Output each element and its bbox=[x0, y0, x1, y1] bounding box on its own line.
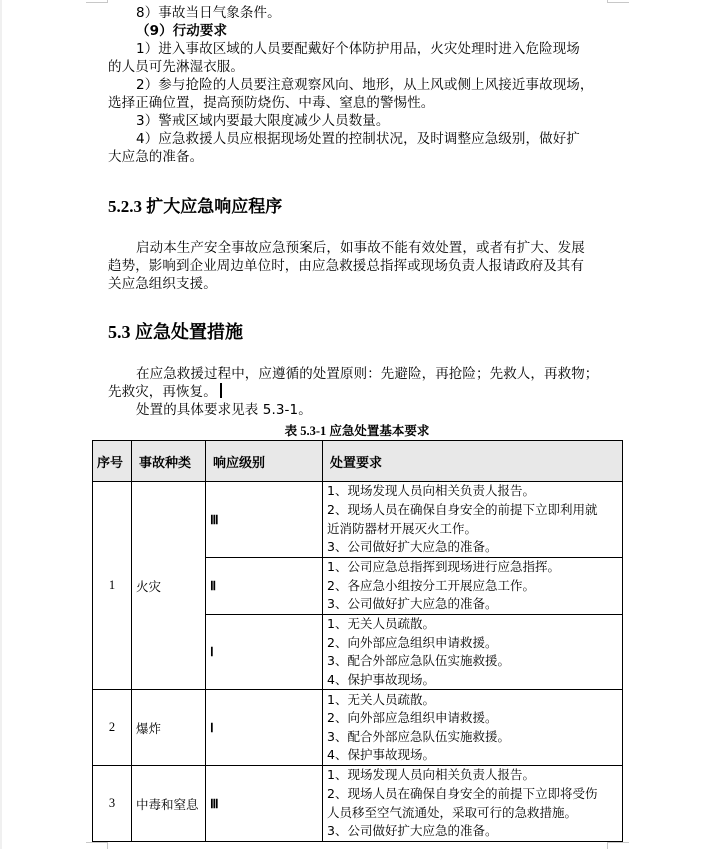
cell-requirements: 1、无关人员疏散。2、向外部应急组织申请救援。3、配合外部应急队伍实施救援。4、… bbox=[323, 690, 623, 766]
requirement-item: 1、现场发现人员向相关负责人报告。 bbox=[327, 766, 618, 785]
para-line: 处置的具体要求见表 5.3-1。 bbox=[108, 401, 608, 419]
crop-mark-top-right-v bbox=[607, 0, 608, 3]
requirement-item: 近消防器材开展灭火工作。 bbox=[327, 520, 618, 539]
requirement-item: 4、保护事故现场。 bbox=[327, 671, 618, 690]
cell-seq: 3 bbox=[93, 766, 132, 841]
requirement-item: 4、保护事故现场。 bbox=[327, 746, 618, 765]
requirement-item: 1、无关人员疏散。 bbox=[327, 691, 618, 710]
crop-mark-bottom-right-v bbox=[607, 842, 608, 849]
requirement-item: 1、现场发现人员向相关负责人报告。 bbox=[327, 482, 618, 501]
requirement-item: 2、各应急小组按分工开展应急工作。 bbox=[327, 577, 618, 596]
requirement-item: 1、无关人员疏散。 bbox=[327, 615, 618, 634]
heading-5-2-3: 5.2.3 扩大应急响应程序 bbox=[108, 196, 282, 218]
requirement-item: 2、向外部应急组织申请救援。 bbox=[327, 634, 618, 653]
requirement-item: 3、公司做好扩大应急的准备。 bbox=[327, 822, 618, 841]
para-line: 关应急组织支援。 bbox=[108, 275, 608, 293]
header-seq: 序号 bbox=[93, 441, 132, 482]
cell-requirements: 1、无关人员疏散。2、向外部应急组织申请救援。3、配合外部应急队伍实施救援。4、… bbox=[323, 615, 623, 690]
crop-mark-bottom-right-h bbox=[608, 842, 629, 843]
para-line: 1）进入事故区域的人员要配戴好个体防护用品，火灾处理时进入危险现场 bbox=[108, 40, 608, 58]
table-caption: 表 5.3-1 应急处置基本要求 bbox=[92, 423, 622, 439]
para-line: 4）应急救援人员应根据现场处置的控制状况，及时调整应急级别，做好扩 bbox=[108, 130, 608, 148]
cell-accident-type: 中毒和窒息 bbox=[132, 766, 206, 841]
para-line: 先救灾，再恢复。 bbox=[108, 383, 608, 401]
cell-requirements: 1、公司应急总指挥到现场进行应急指挥。2、各应急小组按分工开展应急工作。3、公司… bbox=[323, 558, 623, 615]
para-line: 8）事故当日气象条件。 bbox=[108, 4, 608, 22]
para-line: 3）警戒区域内要最大限度减少人员数量。 bbox=[108, 112, 608, 130]
crop-mark-top-left-v bbox=[107, 0, 108, 3]
requirement-item: 1、公司应急总指挥到现场进行应急指挥。 bbox=[327, 558, 618, 577]
para-5-2-3: 启动本生产安全事故应急预案后，如事故不能有效处置，或者有扩大、发展 趋势，影响到… bbox=[108, 239, 608, 293]
crop-mark-bottom-left-v bbox=[107, 842, 108, 849]
table-row: 1火灾Ⅲ1、现场发现人员向相关负责人报告。2、现场人员在确保自身安全的前提下立即… bbox=[93, 482, 623, 558]
cell-response-level: Ⅱ bbox=[206, 558, 323, 615]
header-type: 事故种类 bbox=[132, 441, 206, 482]
cell-response-level: Ⅰ bbox=[206, 690, 323, 766]
para-text: 先救灾，再恢复。 bbox=[108, 384, 217, 400]
emergency-response-table: 序号 事故种类 响应级别 处置要求 1火灾Ⅲ1、现场发现人员向相关负责人报告。2… bbox=[92, 440, 623, 842]
subheading-action-requirements: （9）行动要求 bbox=[108, 22, 608, 40]
cell-response-level: Ⅲ bbox=[206, 482, 323, 558]
para-line: 2）参与抢险的人员要注意观察风向、地形，从上风或侧上风接近事故现场， bbox=[108, 76, 608, 94]
requirement-item: 2、现场人员在确保自身安全的前提下立即将受伤 bbox=[327, 785, 618, 804]
para-5-3: 在应急救援过程中，应遵循的处置原则：先避险，再抢险；先救人，再救物； 先救灾，再… bbox=[108, 365, 608, 419]
para-line: 趋势，影响到企业周边单位时，由应急救援总指挥或现场负责人报请政府及其有 bbox=[108, 257, 608, 275]
requirement-item: 3、配合外部应急队伍实施救援。 bbox=[327, 652, 618, 671]
heading-5-3: 5.3 应急处置措施 bbox=[108, 320, 243, 344]
table-row: 3中毒和窒息Ⅲ1、现场发现人员向相关负责人报告。2、现场人员在确保自身安全的前提… bbox=[93, 766, 623, 841]
crop-mark-bottom-left-h bbox=[86, 842, 107, 843]
action-requirements-section: 8）事故当日气象条件。（9）行动要求1）进入事故区域的人员要配戴好个体防护用品，… bbox=[108, 4, 608, 166]
requirement-item: 3、公司做好扩大应急的准备。 bbox=[327, 538, 618, 557]
page-edge bbox=[0, 0, 2, 849]
requirement-item: 人员移至空气流通处，采取可行的急救措施。 bbox=[327, 804, 618, 823]
para-line: 启动本生产安全事故应急预案后，如事故不能有效处置，或者有扩大、发展 bbox=[108, 239, 608, 257]
para-line: 选择正确位置，提高预防烧伤、中毒、窒息的警惕性。 bbox=[108, 94, 608, 112]
table-row: 2爆炸Ⅰ1、无关人员疏散。2、向外部应急组织申请救援。3、配合外部应急队伍实施救… bbox=[93, 690, 623, 766]
crop-mark-top-left-h bbox=[86, 2, 107, 3]
cell-accident-type: 爆炸 bbox=[132, 690, 206, 766]
requirement-item: 3、配合外部应急队伍实施救援。 bbox=[327, 728, 618, 747]
text-cursor bbox=[220, 383, 222, 398]
cell-seq: 2 bbox=[93, 690, 132, 766]
header-requirements: 处置要求 bbox=[323, 441, 623, 482]
cell-seq: 1 bbox=[93, 482, 132, 690]
requirement-item: 2、现场人员在确保自身安全的前提下立即利用就 bbox=[327, 501, 618, 520]
requirement-item: 3、公司做好扩大应急的准备。 bbox=[327, 595, 618, 614]
cell-response-level: Ⅰ bbox=[206, 615, 323, 690]
para-line: 的人员可先淋湿衣服。 bbox=[108, 58, 608, 76]
crop-mark-top-right-h bbox=[608, 2, 629, 3]
requirement-item: 2、向外部应急组织申请救援。 bbox=[327, 709, 618, 728]
para-line: 在应急救援过程中，应遵循的处置原则：先避险，再抢险；先救人，再救物； bbox=[108, 365, 608, 383]
cell-accident-type: 火灾 bbox=[132, 482, 206, 690]
header-level: 响应级别 bbox=[206, 441, 323, 482]
para-line: 大应急的准备。 bbox=[108, 148, 608, 166]
table-header-row: 序号 事故种类 响应级别 处置要求 bbox=[93, 441, 623, 482]
cell-response-level: Ⅲ bbox=[206, 766, 323, 841]
cell-requirements: 1、现场发现人员向相关负责人报告。2、现场人员在确保自身安全的前提下立即将受伤人… bbox=[323, 766, 623, 841]
cell-requirements: 1、现场发现人员向相关负责人报告。2、现场人员在确保自身安全的前提下立即利用就近… bbox=[323, 482, 623, 558]
